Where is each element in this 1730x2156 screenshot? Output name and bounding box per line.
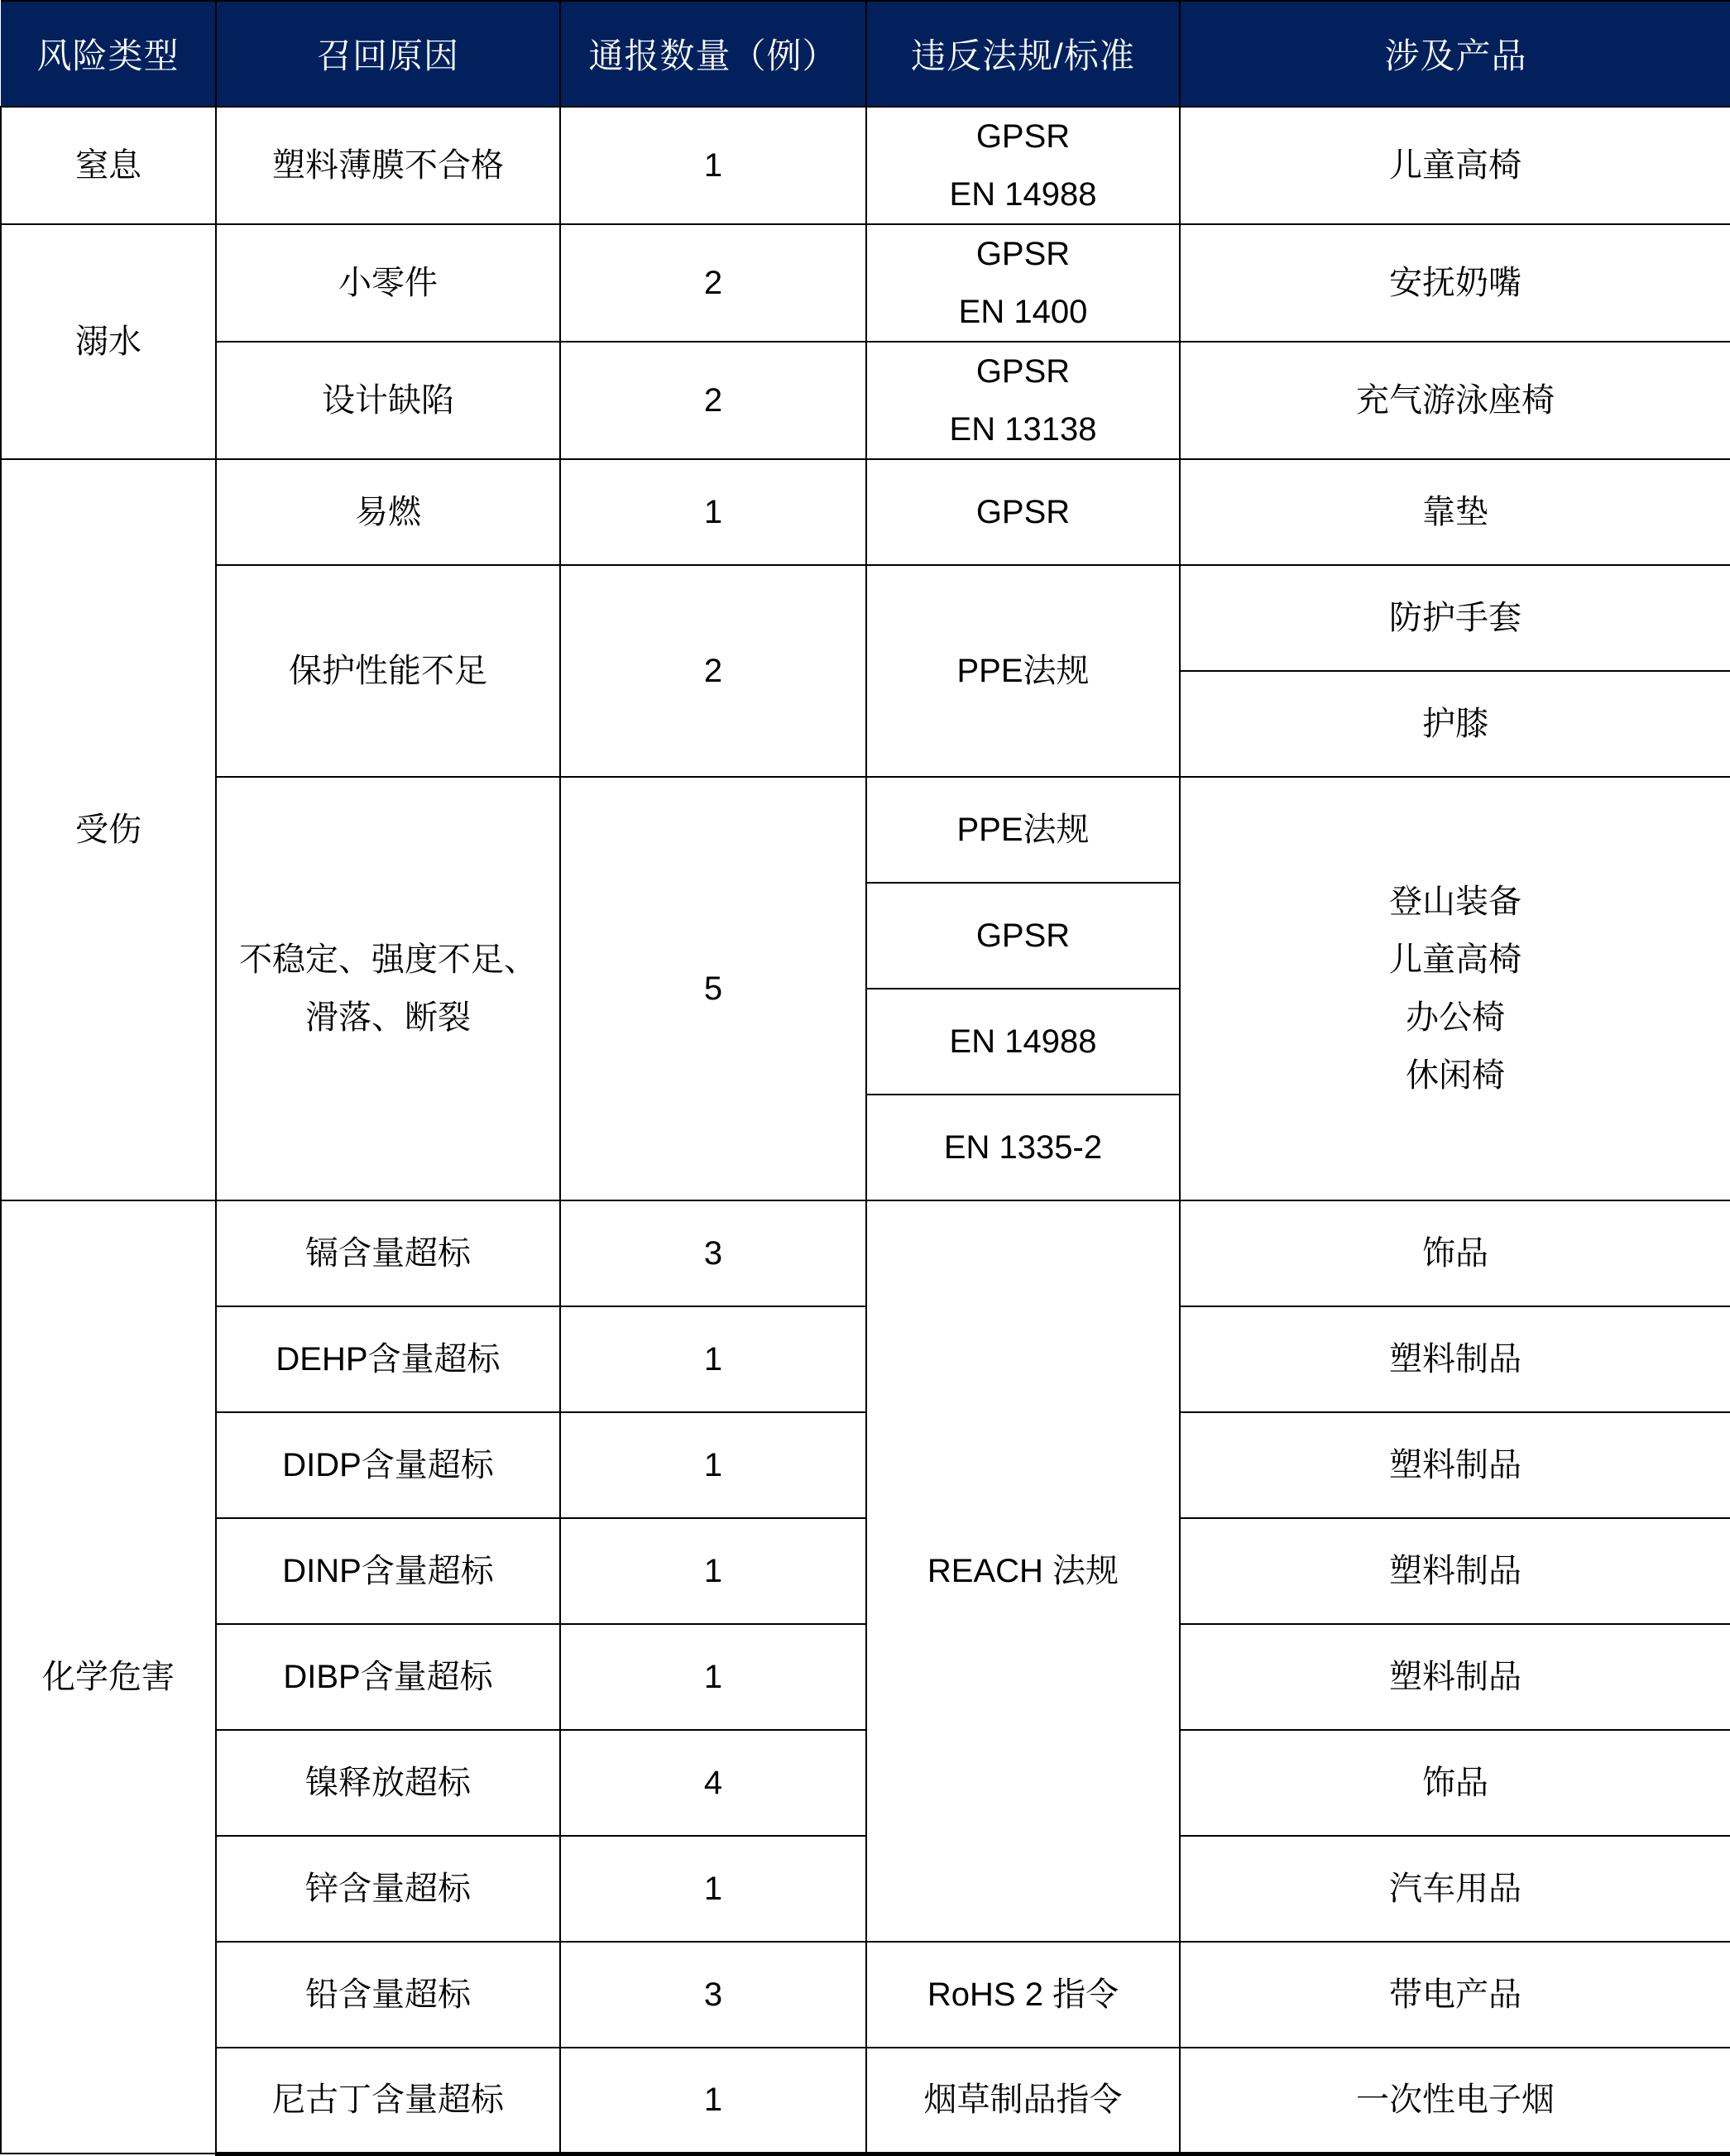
regulation-cell: GPSR EN 1400 bbox=[866, 224, 1180, 342]
product-cell: 饰品 bbox=[1180, 1730, 1730, 1836]
recall-reason-cell: 镉含量超标 bbox=[216, 1200, 560, 1306]
product-cell: 一次性电子烟 bbox=[1180, 2048, 1730, 2154]
table-row: DINP含量超标 1 塑料制品 bbox=[1, 1518, 1730, 1624]
report-count-cell: 1 bbox=[560, 1624, 866, 1730]
recall-table: 风险类型 召回原因 通报数量（例） 违反法规/标准 涉及产品 窒息 塑料薄膜不合… bbox=[0, 0, 1730, 2156]
product-cell: 靠垫 bbox=[1180, 459, 1730, 565]
report-count-cell: 1 bbox=[560, 1306, 866, 1412]
report-count-cell: 2 bbox=[560, 565, 866, 777]
report-count-cell: 1 bbox=[560, 1412, 866, 1518]
recall-reason-cell: 铅含量超标 bbox=[216, 1942, 560, 2048]
regulation-cell: EN 14988 bbox=[866, 989, 1180, 1095]
product-cell: 塑料制品 bbox=[1180, 1306, 1730, 1412]
report-count-cell: 4 bbox=[560, 1730, 866, 1836]
table-row: 溺水 小零件 2 GPSR EN 1400 安抚奶嘴 bbox=[1, 224, 1730, 342]
column-header-products: 涉及产品 bbox=[1180, 1, 1730, 107]
column-header-recall-reason: 召回原因 bbox=[216, 1, 560, 107]
report-count-cell: 3 bbox=[560, 1200, 866, 1306]
table-row: 保护性能不足 2 PPE法规 防护手套 bbox=[1, 565, 1730, 671]
recall-reason-cell: DINP含量超标 bbox=[216, 1518, 560, 1624]
product-cell: 塑料制品 bbox=[1180, 1518, 1730, 1624]
report-count-cell: 1 bbox=[560, 2048, 866, 2154]
report-count-cell: 5 bbox=[560, 777, 866, 1200]
table-row: 不稳定、强度不足、 滑落、断裂 5 PPE法规 登山装备 儿童高椅 办公椅 休闲… bbox=[1, 777, 1730, 883]
report-count-cell: 1 bbox=[560, 1518, 866, 1624]
table-row: 尼古丁含量超标 1 烟草制品指令 一次性电子烟 bbox=[1, 2048, 1730, 2154]
product-cell: 饰品 bbox=[1180, 1200, 1730, 1306]
header-row: 风险类型 召回原因 通报数量（例） 违反法规/标准 涉及产品 bbox=[1, 1, 1730, 107]
report-count-cell: 2 bbox=[560, 342, 866, 459]
recall-reason-cell: 尼古丁含量超标 bbox=[216, 2048, 560, 2154]
product-cell: 汽车用品 bbox=[1180, 1836, 1730, 1942]
table-row: 窒息 塑料薄膜不合格 1 GPSR EN 14988 儿童高椅 bbox=[1, 107, 1730, 224]
regulation-cell: GPSR bbox=[866, 459, 1180, 565]
product-cell: 儿童高椅 bbox=[1180, 107, 1730, 224]
regulation-cell: PPE法规 bbox=[866, 565, 1180, 777]
regulation-cell: GPSR EN 13138 bbox=[866, 342, 1180, 459]
recall-reason-cell: 设计缺陷 bbox=[216, 342, 560, 459]
product-cell: 塑料制品 bbox=[1180, 1412, 1730, 1518]
recall-reason-cell: 塑料薄膜不合格 bbox=[216, 107, 560, 224]
recall-reason-cell: DIBP含量超标 bbox=[216, 1624, 560, 1730]
recall-reason-cell: DEHP含量超标 bbox=[216, 1306, 560, 1412]
product-cell: 充气游泳座椅 bbox=[1180, 342, 1730, 459]
table-row: DIDP含量超标 1 塑料制品 bbox=[1, 1412, 1730, 1518]
report-count-cell: 3 bbox=[560, 1942, 866, 2048]
recall-reason-cell: 小零件 bbox=[216, 224, 560, 342]
table-row: 镍释放超标 4 饰品 bbox=[1, 1730, 1730, 1836]
recall-reason-cell: 易燃 bbox=[216, 459, 560, 565]
table-row: 锌含量超标 1 汽车用品 bbox=[1, 1836, 1730, 1942]
product-cell: 安抚奶嘴 bbox=[1180, 224, 1730, 342]
report-count-cell: 1 bbox=[560, 459, 866, 565]
regulation-cell: GPSR EN 14988 bbox=[866, 107, 1180, 224]
product-cell: 防护手套 bbox=[1180, 565, 1730, 671]
column-header-report-count: 通报数量（例） bbox=[560, 1, 866, 107]
regulation-cell: 烟草制品指令 bbox=[866, 2048, 1180, 2154]
regulation-cell: PPE法规 bbox=[866, 777, 1180, 883]
product-cell: 登山装备 儿童高椅 办公椅 休闲椅 bbox=[1180, 777, 1730, 1200]
product-cell: 带电产品 bbox=[1180, 1942, 1730, 2048]
table-row: 化学危害 镉含量超标 3 REACH 法规 饰品 bbox=[1, 1200, 1730, 1306]
regulation-cell: EN 1335-2 bbox=[866, 1095, 1180, 1200]
column-header-risk-type: 风险类型 bbox=[1, 1, 216, 107]
risk-type-cell: 溺水 bbox=[1, 224, 216, 459]
product-cell: 护膝 bbox=[1180, 671, 1730, 777]
recall-reason-cell: 保护性能不足 bbox=[216, 565, 560, 777]
column-header-regulation: 违反法规/标准 bbox=[866, 1, 1180, 107]
regulation-cell: RoHS 2 指令 bbox=[866, 1942, 1180, 2048]
table-row: DIBP含量超标 1 塑料制品 bbox=[1, 1624, 1730, 1730]
regulation-cell: GPSR bbox=[866, 883, 1180, 989]
report-count-cell: 1 bbox=[560, 1836, 866, 1942]
table-row: DEHP含量超标 1 塑料制品 bbox=[1, 1306, 1730, 1412]
recall-reason-cell: DIDP含量超标 bbox=[216, 1412, 560, 1518]
risk-type-cell: 化学危害 bbox=[1, 1200, 216, 2154]
recall-reason-cell: 锌含量超标 bbox=[216, 1836, 560, 1942]
recall-reason-cell: 不稳定、强度不足、 滑落、断裂 bbox=[216, 777, 560, 1200]
recall-reason-cell: 镍释放超标 bbox=[216, 1730, 560, 1836]
product-cell: 塑料制品 bbox=[1180, 1624, 1730, 1730]
table-row: 铅含量超标 3 RoHS 2 指令 带电产品 bbox=[1, 1942, 1730, 2048]
regulation-cell: REACH 法规 bbox=[866, 1200, 1180, 1942]
risk-type-cell: 受伤 bbox=[1, 459, 216, 1200]
table-row: 设计缺陷 2 GPSR EN 13138 充气游泳座椅 bbox=[1, 342, 1730, 459]
risk-type-cell: 窒息 bbox=[1, 107, 216, 224]
report-count-cell: 2 bbox=[560, 224, 866, 342]
table-row: 受伤 易燃 1 GPSR 靠垫 bbox=[1, 459, 1730, 565]
report-count-cell: 1 bbox=[560, 107, 866, 224]
